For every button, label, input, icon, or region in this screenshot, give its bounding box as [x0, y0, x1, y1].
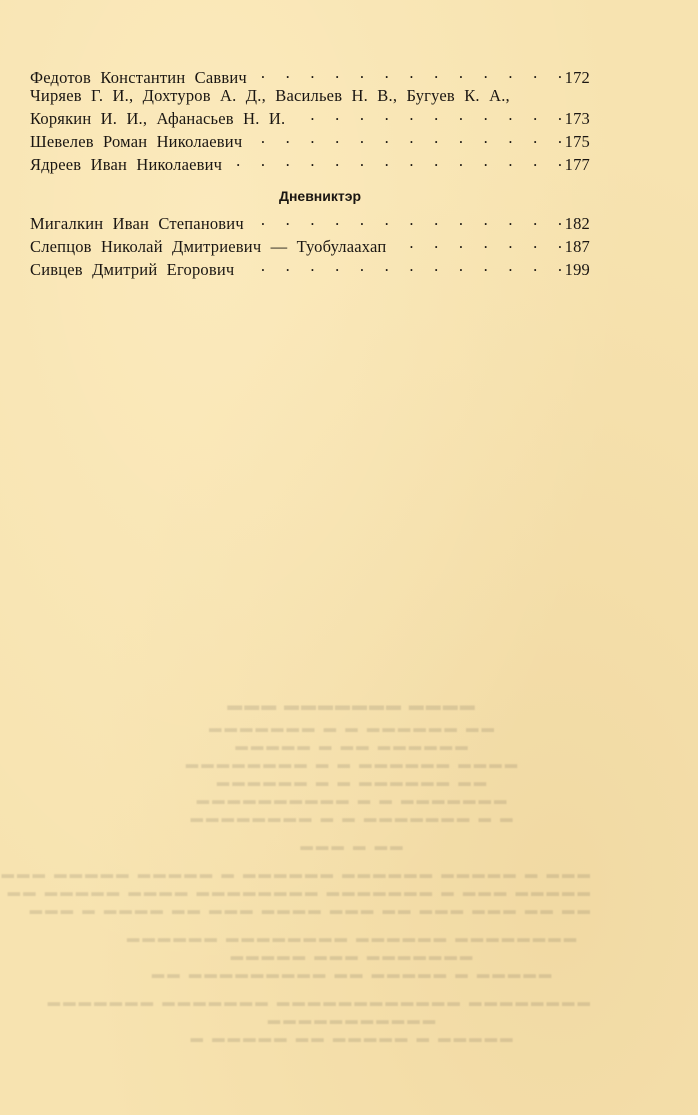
toc-entry: Ядреев Иван Николаевич 177	[30, 152, 590, 175]
toc-entry: Сивцев Дмитрий Егорович 199	[30, 257, 590, 280]
dot-leader	[240, 257, 562, 276]
toc-entry-name: Шевелев Роман Николаевич	[30, 133, 242, 152]
dot-leader	[228, 152, 562, 171]
section-title: Дневниктэр	[30, 188, 590, 204]
reverse-page-show-through: ▬▬▬▬ ▬▬▬▬▬▬▬ ▬▬▬ ▬▬ ▬▬▬▬▬▬ ▬ ▬ ▬▬▬▬▬▬▬ ▬…	[110, 697, 590, 1037]
toc-entry-name: Ядреев Иван Николаевич	[30, 156, 222, 175]
dot-leader	[253, 64, 562, 83]
toc-entry: Шевелев Роман Николаевич 175	[30, 129, 590, 152]
dot-leader	[392, 234, 562, 253]
toc-entry-page: 177	[564, 156, 590, 175]
toc-entry-name: Чиряев Г. И., Дохтуров А. Д., Васильев Н…	[30, 87, 510, 106]
toc-entry-page: 187	[564, 238, 590, 257]
toc-entry: Корякин И. И., Афанасьев Н. И. 173	[30, 106, 590, 129]
toc-entry: Слепцов Николай Дмитриевич — Туобулаахап…	[30, 234, 590, 257]
toc-entry-name: Корякин И. И., Афанасьев Н. И.	[30, 110, 285, 129]
toc-entry: Федотов Константин Саввич 172	[30, 64, 590, 87]
toc-entry: Мигалкин Иван Степанович 182	[30, 211, 590, 234]
table-of-contents: Федотов Константин Саввич 172 Чиряев Г. …	[30, 64, 590, 280]
toc-entry-name: Слепцов Николай Дмитриевич — Туобулаахап	[30, 238, 386, 257]
toc-entry-page: 182	[564, 215, 590, 234]
toc-entry-page: 199	[564, 261, 590, 280]
document-page: Федотов Константин Саввич 172 Чиряев Г. …	[0, 0, 698, 1115]
dot-leader	[250, 211, 562, 230]
toc-entry-name: Сивцев Дмитрий Егорович	[30, 261, 234, 280]
dot-leader	[291, 106, 562, 125]
toc-entry-name: Мигалкин Иван Степанович	[30, 215, 244, 234]
toc-entry-page: 172	[564, 69, 590, 88]
toc-entry-name: Федотов Константин Саввич	[30, 69, 247, 88]
toc-entry-page: 173	[564, 110, 590, 129]
toc-entry: Чиряев Г. И., Дохтуров А. Д., Васильев Н…	[30, 87, 590, 106]
toc-entry-page: 175	[564, 133, 590, 152]
dot-leader	[248, 129, 562, 148]
